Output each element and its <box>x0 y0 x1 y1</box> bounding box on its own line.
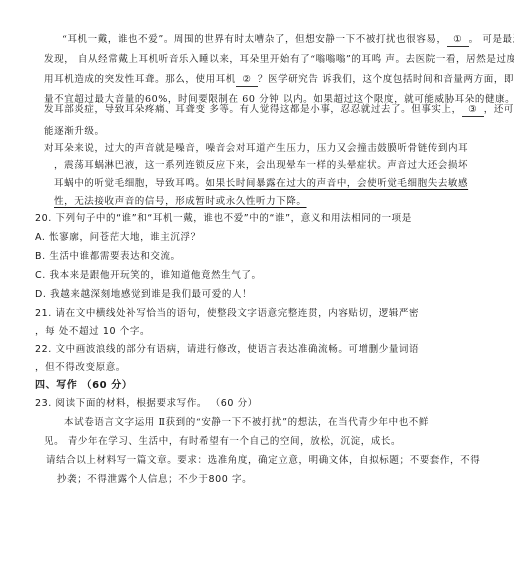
requirements-line: 抄袭；不得泄露个人信息；不少于800 字。 <box>57 474 252 486</box>
passage-text: ？医学研究告 诉我们，这个度包括时间和音量两方面，即音 <box>258 74 514 85</box>
question-22: 22. 文中画波浪线的部分有语病，请进行修改，使语言表达准确流畅。可增删少量词语 <box>35 344 419 356</box>
passage-line: 用耳机造成的突发性耳聋。那么，使用耳机②？医学研究告 诉我们，这个度包括时间和音… <box>44 74 514 87</box>
option-a: A. 怅寥廓，问苍茫大地，谁主沉浮？ <box>35 232 201 244</box>
passage-line: “耳机一戴，谁也不爱”。周围的世界有时太嘈杂了，但想安静一下不被打扰也很容易，①… <box>62 34 514 47</box>
passage-text: 。 可是最近，梁女士 <box>469 34 514 45</box>
passage-text: 发耳部炎症，导致耳朵疼痛、耳聋变 多等。有人觉得这都是小事，忍忍就过去了。但事实… <box>44 104 462 115</box>
question-23: 23. 阅读下面的材料，根据要求写作。 （60 分） <box>35 398 258 410</box>
wavy-underlined-text: 性，无法接收声音的信号，形成暂时或永久性听力下降。 <box>54 196 307 207</box>
blank-2: ② <box>236 74 258 87</box>
question-21-cont: ，每 处不超过 10 个字。 <box>35 326 150 338</box>
passage-text: 耳蜗中的听觉毛细胞，导致耳鸣。 <box>54 178 206 189</box>
passage-line: 性，无法接收声音的信号，形成暂时或永久性听力下降。 <box>54 196 307 208</box>
blank-3: ③ <box>462 104 484 117</box>
passage-text: ，还可 <box>484 104 514 115</box>
passage-line: ，震荡耳蜗淋巴液，这一系列连锁反应下来，会出现晕车一样的头晕症状。声音过大还会损… <box>54 160 468 172</box>
section-heading: 四、写作 （60 分） <box>35 380 132 392</box>
option-d: D. 我越来越深刻地感觉到谁是我们最可爱的人！ <box>35 289 252 301</box>
material-line: 本试卷语言文字运用 Ⅱ获到的“安静一下不被打扰”的想法，在当代青少年中也不鲜 <box>64 417 429 429</box>
passage-line: 耳蜗中的听觉毛细胞，导致耳鸣。如果长时间暴露在过大的声音中，会使听觉毛细胞失去敏… <box>54 178 468 190</box>
passage-line: 对耳朵来说，过大的声音就是噪音，噪音会对耳道产生压力，压力又会撞击鼓膜听骨链传到… <box>44 143 468 155</box>
option-b: B. 生活中谁都需要表达和交流。 <box>35 251 181 263</box>
requirements-line: 请结合以上材料写一篇文章。要求：选准角度，确定立意，明确文体，自拟标题；不要套作… <box>46 455 480 467</box>
passage-line: 发现， 自从经常戴上耳机听音乐入睡以来，耳朵里开始有了“嗡嗡嗡”的耳鸣 声。去医… <box>44 54 514 66</box>
option-c: C. 我本来是跟他开玩笑的，谁知道他竟然生气了。 <box>35 270 262 282</box>
question-20: 20. 下列句子中的“谁”和“耳机一戴，谁也不爱”中的“谁”，意义和用法相同的一… <box>35 213 412 225</box>
blank-1: ① <box>447 34 469 47</box>
question-21: 21. 请在文中横线处补写恰当的语句，使整段文字语意完整连贯，内容贴切，逻辑严密 <box>35 308 419 320</box>
passage-text: 用耳机造成的突发性耳聋。那么，使用耳机 <box>44 74 236 85</box>
material-line: 见。 青少年在学习、生活中，有时希望有一个自己的空间，放松，沉淀，成长。 <box>44 436 401 448</box>
passage-line: 发耳部炎症，导致耳朵疼痛、耳聋变 多等。有人觉得这都是小事，忍忍就过去了。但事实… <box>44 104 514 117</box>
passage-line: 能逐渐升级。 <box>44 126 105 138</box>
question-22-cont: ，但不得改变原意。 <box>35 362 126 374</box>
passage-text: “耳机一戴，谁也不爱”。周围的世界有时太嘈杂了，但想安静一下不被打扰也很容易， <box>62 34 447 45</box>
wavy-underlined-text: 如果长时间暴露在过大的声音中，会使听觉毛细胞失去敏感 <box>206 178 469 189</box>
